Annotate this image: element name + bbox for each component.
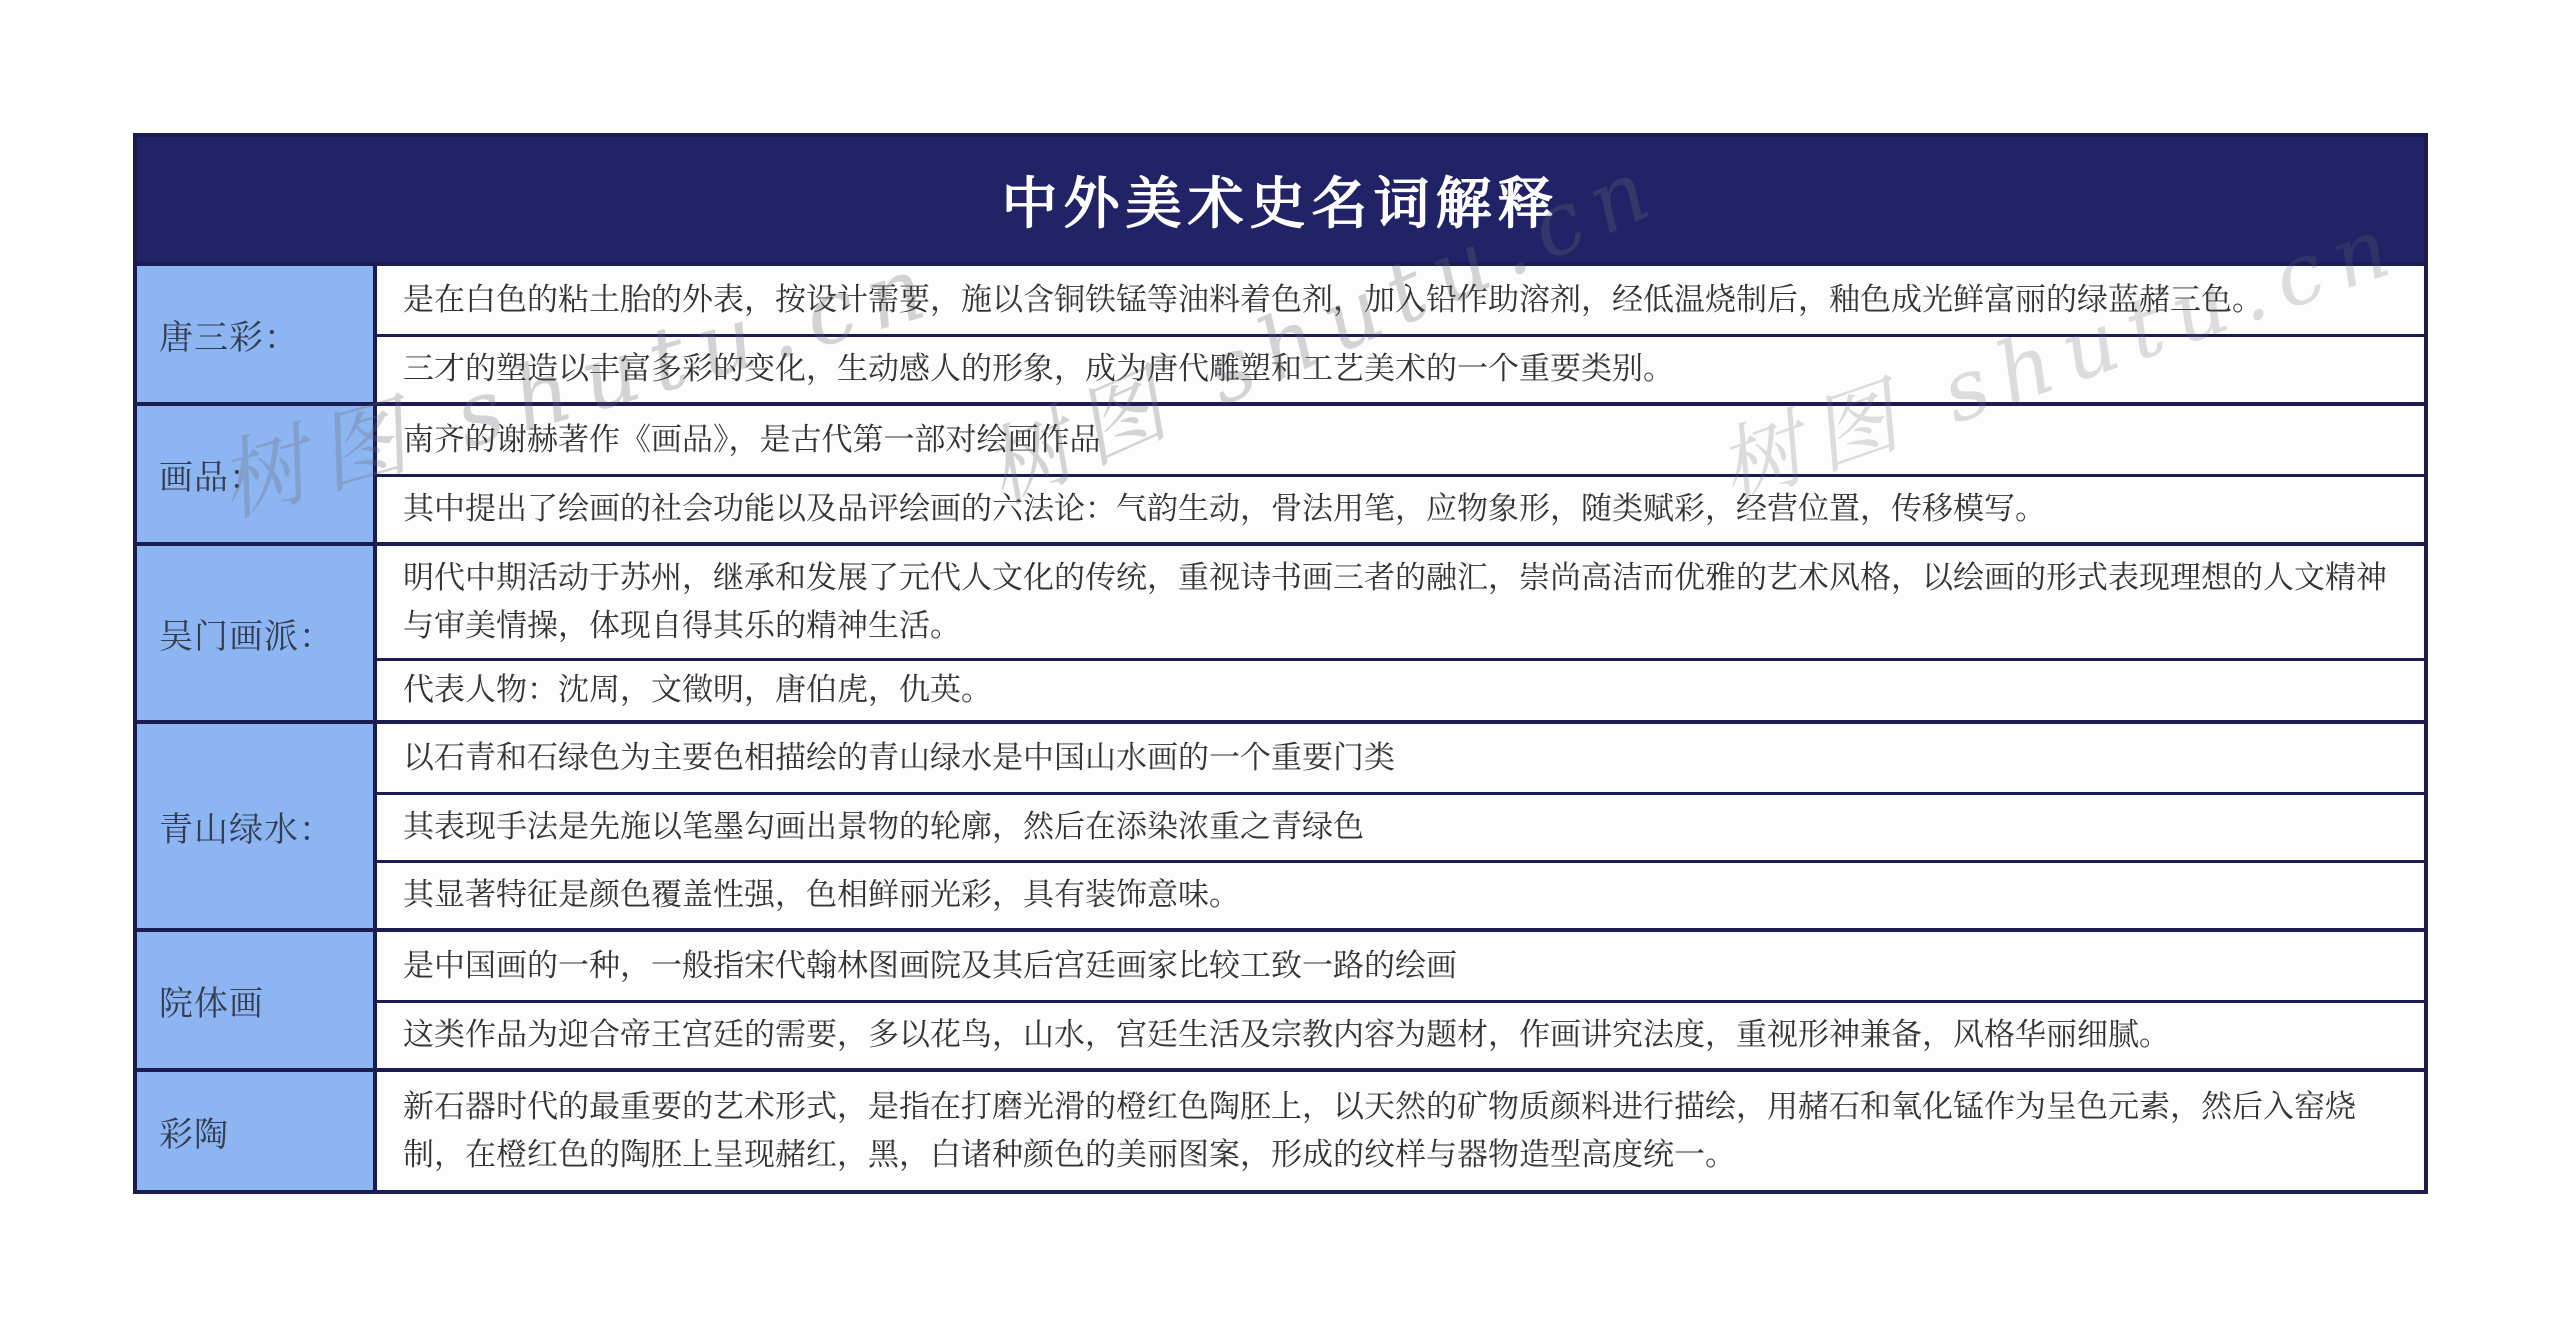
definition-row: 代表人物：沈周，文徵明，唐伯虎，仇英。 — [377, 658, 2424, 720]
term-label-yuantihua: 院体画 — [137, 932, 377, 1068]
definitions-huapin: 南齐的谢赫著作《画品》，是古代第一部对绘画作品 其中提出了绘画的社会功能以及品评… — [377, 406, 2424, 542]
definition-row: 是中国画的一种，一般指宋代翰林图画院及其后宫廷画家比较工致一路的绘画 — [377, 932, 2424, 1000]
definition-row: 以石青和石绿色为主要色相描绘的青山绿水是中国山水画的一个重要门类 — [377, 724, 2424, 792]
definition-row: 其显著特征是颜色覆盖性强，色相鲜丽光彩，具有装饰意味。 — [377, 860, 2424, 928]
definition-row: 南齐的谢赫著作《画品》，是古代第一部对绘画作品 — [377, 406, 2424, 474]
definitions-yuantihua: 是中国画的一种，一般指宋代翰林图画院及其后宫廷画家比较工致一路的绘画 这类作品为… — [377, 932, 2424, 1068]
definitions-caitao: 新石器时代的最重要的艺术形式，是指在打磨光滑的橙红色陶胚上，以天然的矿物质颜料进… — [377, 1072, 2424, 1190]
section-caitao: 彩陶 新石器时代的最重要的艺术形式，是指在打磨光滑的橙红色陶胚上，以天然的矿物质… — [137, 1068, 2424, 1190]
term-label-huapin: 画品： — [137, 406, 377, 542]
definition-row: 是在白色的粘土胎的外表，按设计需要，施以含铜铁锰等油料着色剂，加入铅作助溶剂，经… — [377, 266, 2424, 334]
definition-row: 明代中期活动于苏州，继承和发展了元代人文化的传统，重视诗书画三者的融汇，崇尚高洁… — [377, 546, 2424, 658]
page-title: 中外美术史名词解释 — [1002, 160, 1560, 240]
definition-row: 这类作品为迎合帝王宫廷的需要，多以花鸟，山水，宫廷生活及宗教内容为题材，作画讲究… — [377, 1000, 2424, 1068]
section-huapin: 画品： 南齐的谢赫著作《画品》，是古代第一部对绘画作品 其中提出了绘画的社会功能… — [137, 402, 2424, 542]
section-tangsancai: 唐三彩： 是在白色的粘土胎的外表，按设计需要，施以含铜铁锰等油料着色剂，加入铅作… — [137, 262, 2424, 402]
glossary-table: 中外美术史名词解释 唐三彩： 是在白色的粘土胎的外表，按设计需要，施以含铜铁锰等… — [133, 133, 2428, 1194]
definitions-tangsancai: 是在白色的粘土胎的外表，按设计需要，施以含铜铁锰等油料着色剂，加入铅作助溶剂，经… — [377, 266, 2424, 402]
definition-row: 新石器时代的最重要的艺术形式，是指在打磨光滑的橙红色陶胚上，以天然的矿物质颜料进… — [377, 1072, 2424, 1190]
definition-row: 其表现手法是先施以笔墨勾画出景物的轮廓，然后在添染浓重之青绿色 — [377, 792, 2424, 860]
section-qingshanlvshui: 青山绿水： 以石青和石绿色为主要色相描绘的青山绿水是中国山水画的一个重要门类 其… — [137, 720, 2424, 928]
term-label-wumenhuapai: 吴门画派： — [137, 546, 377, 720]
page: 中外美术史名词解释 唐三彩： 是在白色的粘土胎的外表，按设计需要，施以含铜铁锰等… — [0, 0, 2560, 1329]
term-label-qingshanlvshui: 青山绿水： — [137, 724, 377, 928]
table-title-bar: 中外美术史名词解释 — [137, 137, 2424, 262]
section-yuantihua: 院体画 是中国画的一种，一般指宋代翰林图画院及其后宫廷画家比较工致一路的绘画 这… — [137, 928, 2424, 1068]
term-label-tangsancai: 唐三彩： — [137, 266, 377, 402]
definition-row: 其中提出了绘画的社会功能以及品评绘画的六法论：气韵生动，骨法用笔，应物象形，随类… — [377, 474, 2424, 542]
definitions-wumenhuapai: 明代中期活动于苏州，继承和发展了元代人文化的传统，重视诗书画三者的融汇，崇尚高洁… — [377, 546, 2424, 720]
term-label-caitao: 彩陶 — [137, 1072, 377, 1190]
definition-row: 三才的塑造以丰富多彩的变化，生动感人的形象，成为唐代雕塑和工艺美术的一个重要类别… — [377, 334, 2424, 402]
section-wumenhuapai: 吴门画派： 明代中期活动于苏州，继承和发展了元代人文化的传统，重视诗书画三者的融… — [137, 542, 2424, 720]
definitions-qingshanlvshui: 以石青和石绿色为主要色相描绘的青山绿水是中国山水画的一个重要门类 其表现手法是先… — [377, 724, 2424, 928]
